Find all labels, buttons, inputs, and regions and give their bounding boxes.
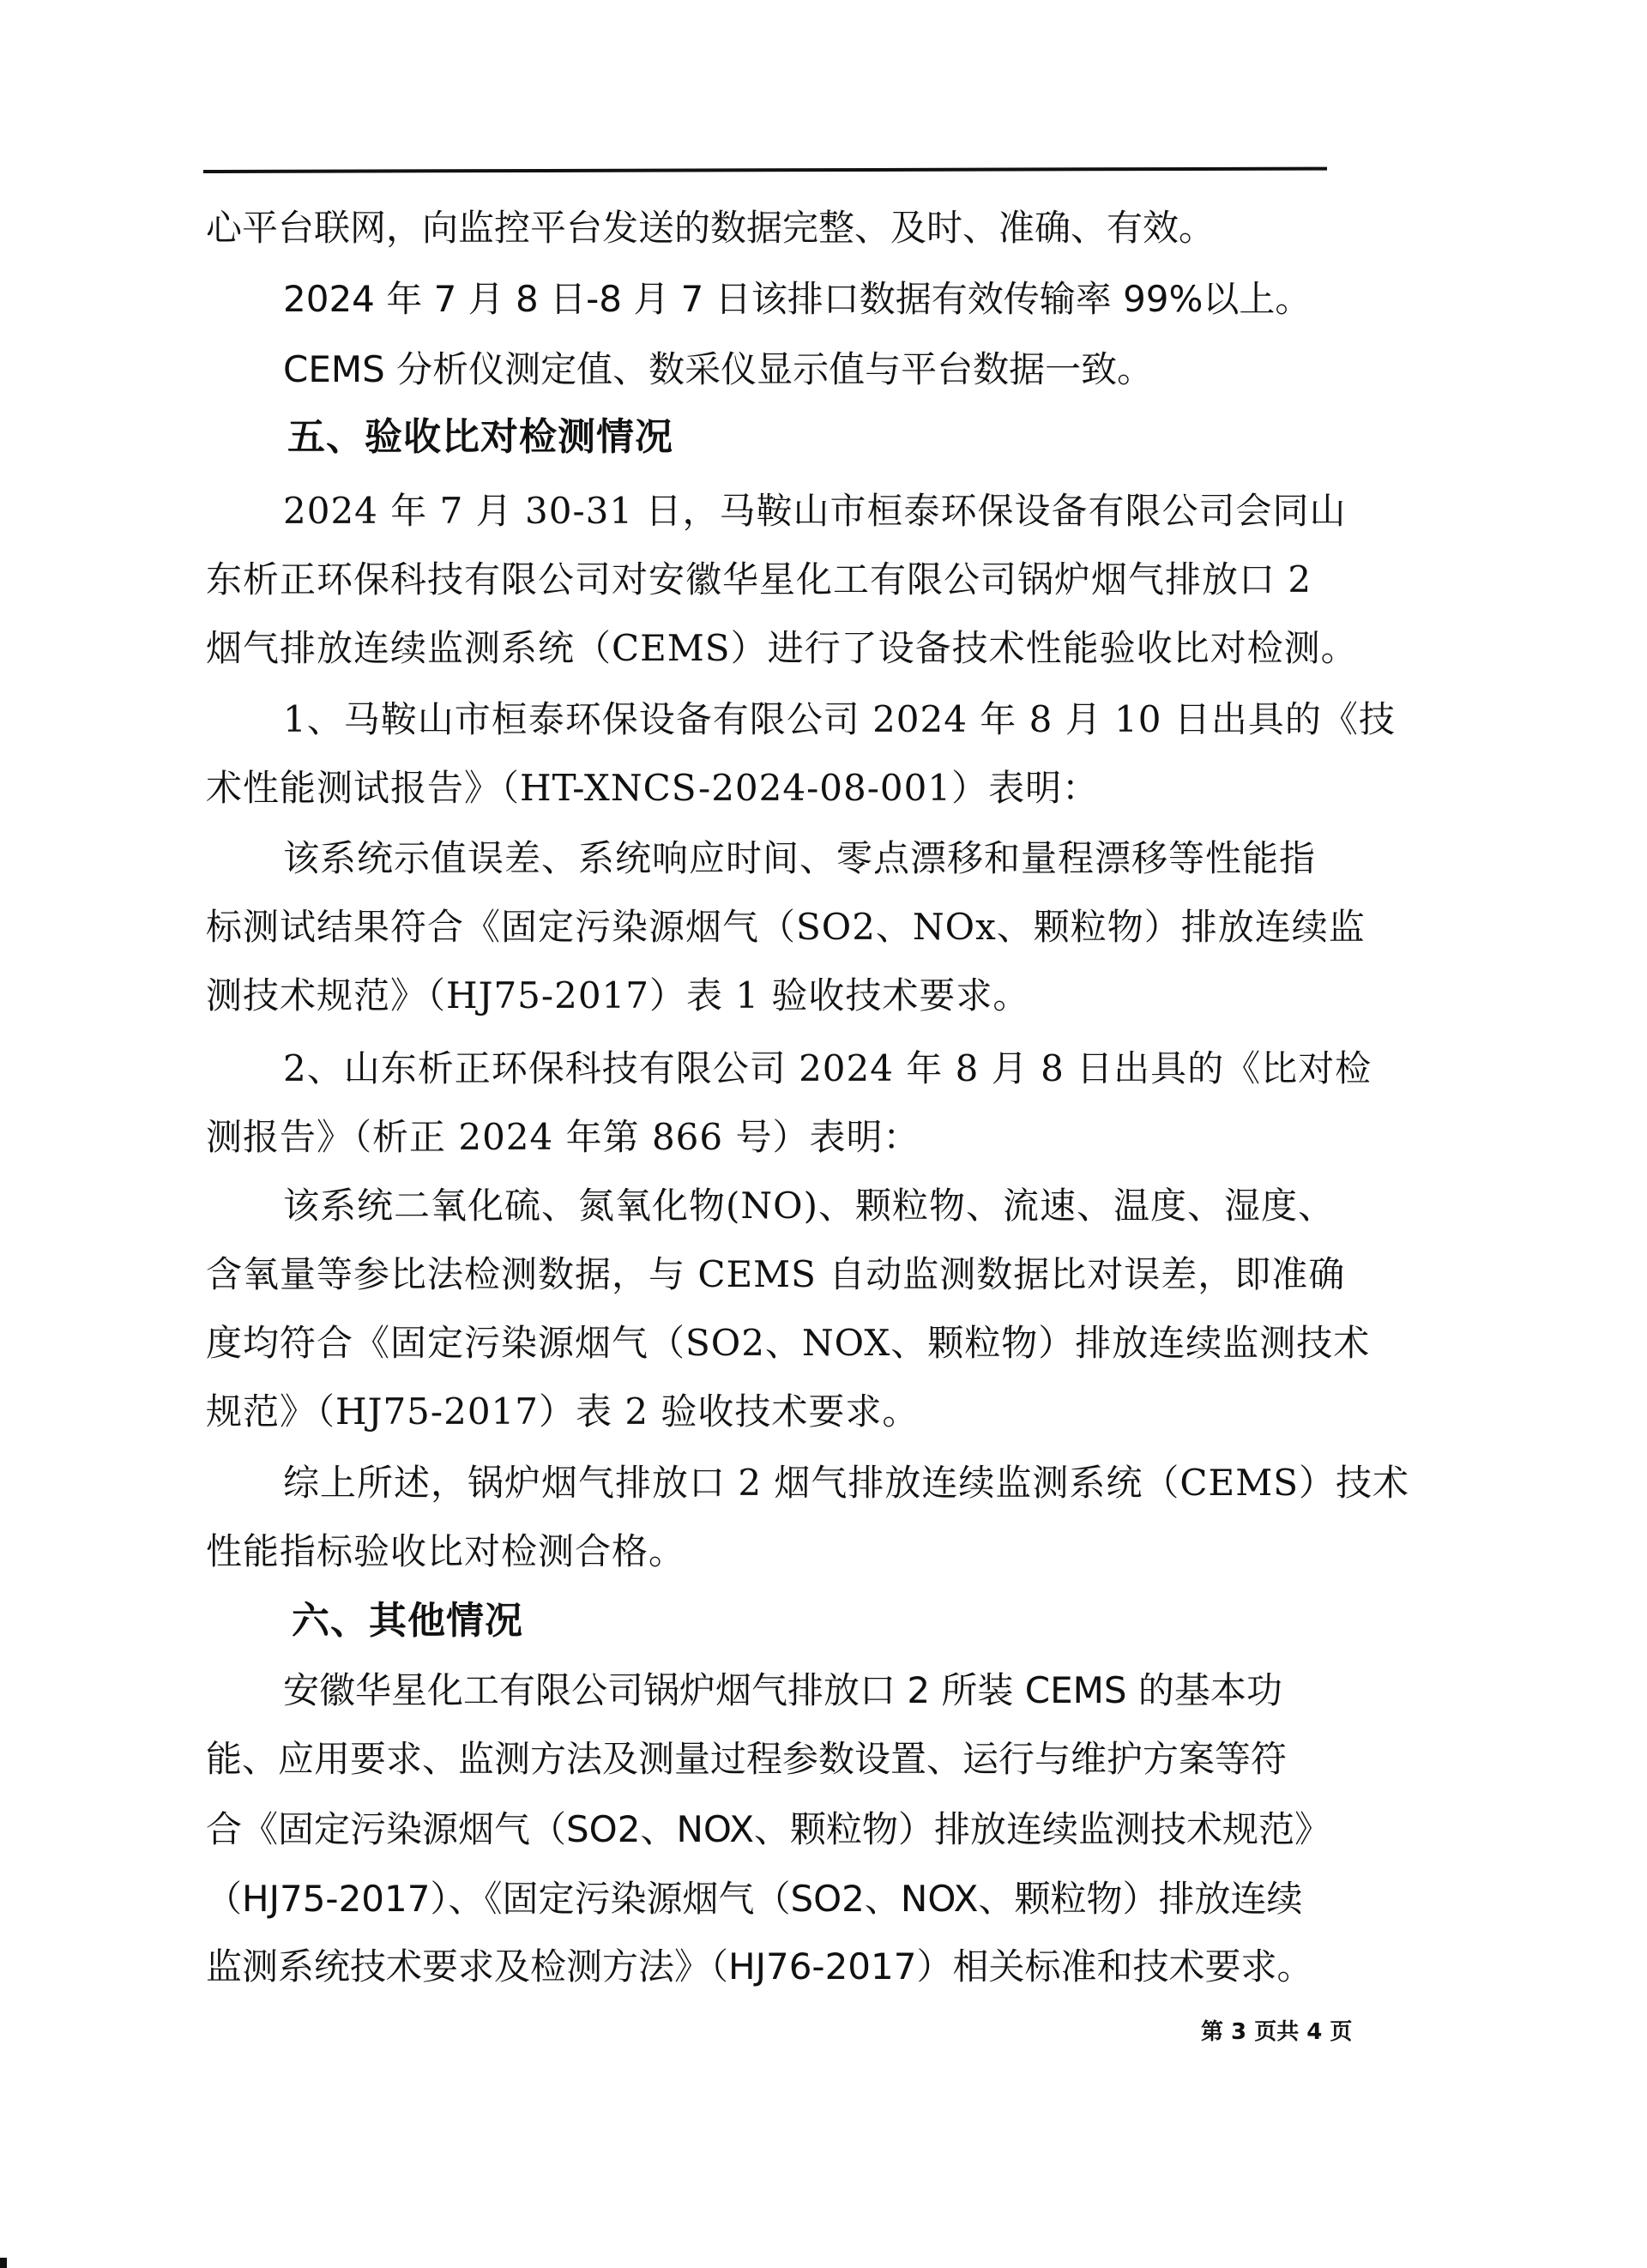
paragraph-line-7: 烟气排放连续监测系统（CEMS）进行了设备技术性能验收比对检测。	[206, 624, 1358, 673]
paragraph-line-22: 安徽华星化工有限公司锅炉烟气排放口 2 所装 CEMS 的基本功	[283, 1667, 1282, 1715]
paragraph-line-6: 东析正环保科技有限公司对安徽华星化工有限公司锅炉烟气排放口 2	[206, 556, 1312, 604]
paragraph-line-2: 2024 年 7 月 8 日-8 月 7 日该排口数据有效传输率 99%以上。	[283, 275, 1311, 323]
paragraph-line-26: 监测系统技术要求及检测方法》（HJ76-2017）相关标准和技术要求。	[206, 1943, 1312, 1991]
paragraph-line-14: 测报告》（析正 2024 年第 866 号）表明：	[206, 1113, 920, 1161]
paragraph-line-12: 测技术规范》（HJ75-2017）表 1 验收技术要求。	[206, 972, 1029, 1020]
paragraph-line-19: 综上所述，锅炉烟气排放口 2 烟气排放连续监测系统（CEMS）技术	[283, 1459, 1409, 1507]
paragraph-line-25: （HJ75-2017）、《固定污染源烟气（SO2、NOX、颗粒物）排放连续	[206, 1875, 1302, 1923]
paragraph-line-18: 规范》（HJ75-2017）表 2 验收技术要求。	[206, 1388, 919, 1436]
page-number: 第 3 页共 4 页	[1201, 2014, 1352, 2046]
paragraph-line-17: 度均符合《固定污染源烟气（SO2、NOX、颗粒物）排放连续监测技术	[206, 1319, 1370, 1367]
paragraph-line-9: 术性能测试报告》（HT-XNCS-2024-08-001）表明：	[206, 764, 1099, 812]
paragraph-line-10: 该系统示值误差、系统响应时间、零点漂移和量程漂移等性能指	[283, 835, 1316, 883]
scan-artifact-mark	[0, 2258, 7, 2268]
paragraph-line-24: 合《固定污染源烟气（SO2、NOX、颗粒物）排放连续监测技术规范》	[206, 1806, 1330, 1854]
paragraph-line-11: 标测试结果符合《固定污染源烟气（SO2、NOx、颗粒物）排放连续监	[206, 903, 1366, 951]
paragraph-line-20: 性能指标验收比对检测合格。	[206, 1528, 685, 1576]
header-rule	[203, 167, 1327, 173]
paragraph-line-15: 该系统二氧化硫、氮氧化物(NO)、颗粒物、流速、温度、湿度、	[283, 1182, 1335, 1230]
paragraph-line-3: CEMS 分析仪测定值、数采仪显示值与平台数据一致。	[283, 346, 1153, 394]
paragraph-line-5: 2024 年 7 月 30-31 日，马鞍山市桓泰环保设备有限公司会同山	[283, 487, 1346, 535]
paragraph-line-16: 含氧量等参比法检测数据，与 CEMS 自动监测数据比对误差，即准确	[206, 1251, 1345, 1299]
paragraph-line-23: 能、应用要求、监测方法及测量过程参数设置、运行与维护方案等符	[206, 1735, 1287, 1783]
paragraph-line-13: 2、山东析正环保科技有限公司 2024 年 8 月 8 日出具的《比对检	[283, 1045, 1372, 1093]
section-heading-5: 五、验收比对检测情况	[287, 413, 673, 461]
section-heading-6: 六、其他情况	[292, 1597, 523, 1645]
paragraph-line-1: 心平台联网，向监控平台发送的数据完整、及时、准确、有效。	[206, 204, 1215, 252]
paragraph-line-8: 1、马鞍山市桓泰环保设备有限公司 2024 年 8 月 10 日出具的《技	[283, 696, 1396, 744]
